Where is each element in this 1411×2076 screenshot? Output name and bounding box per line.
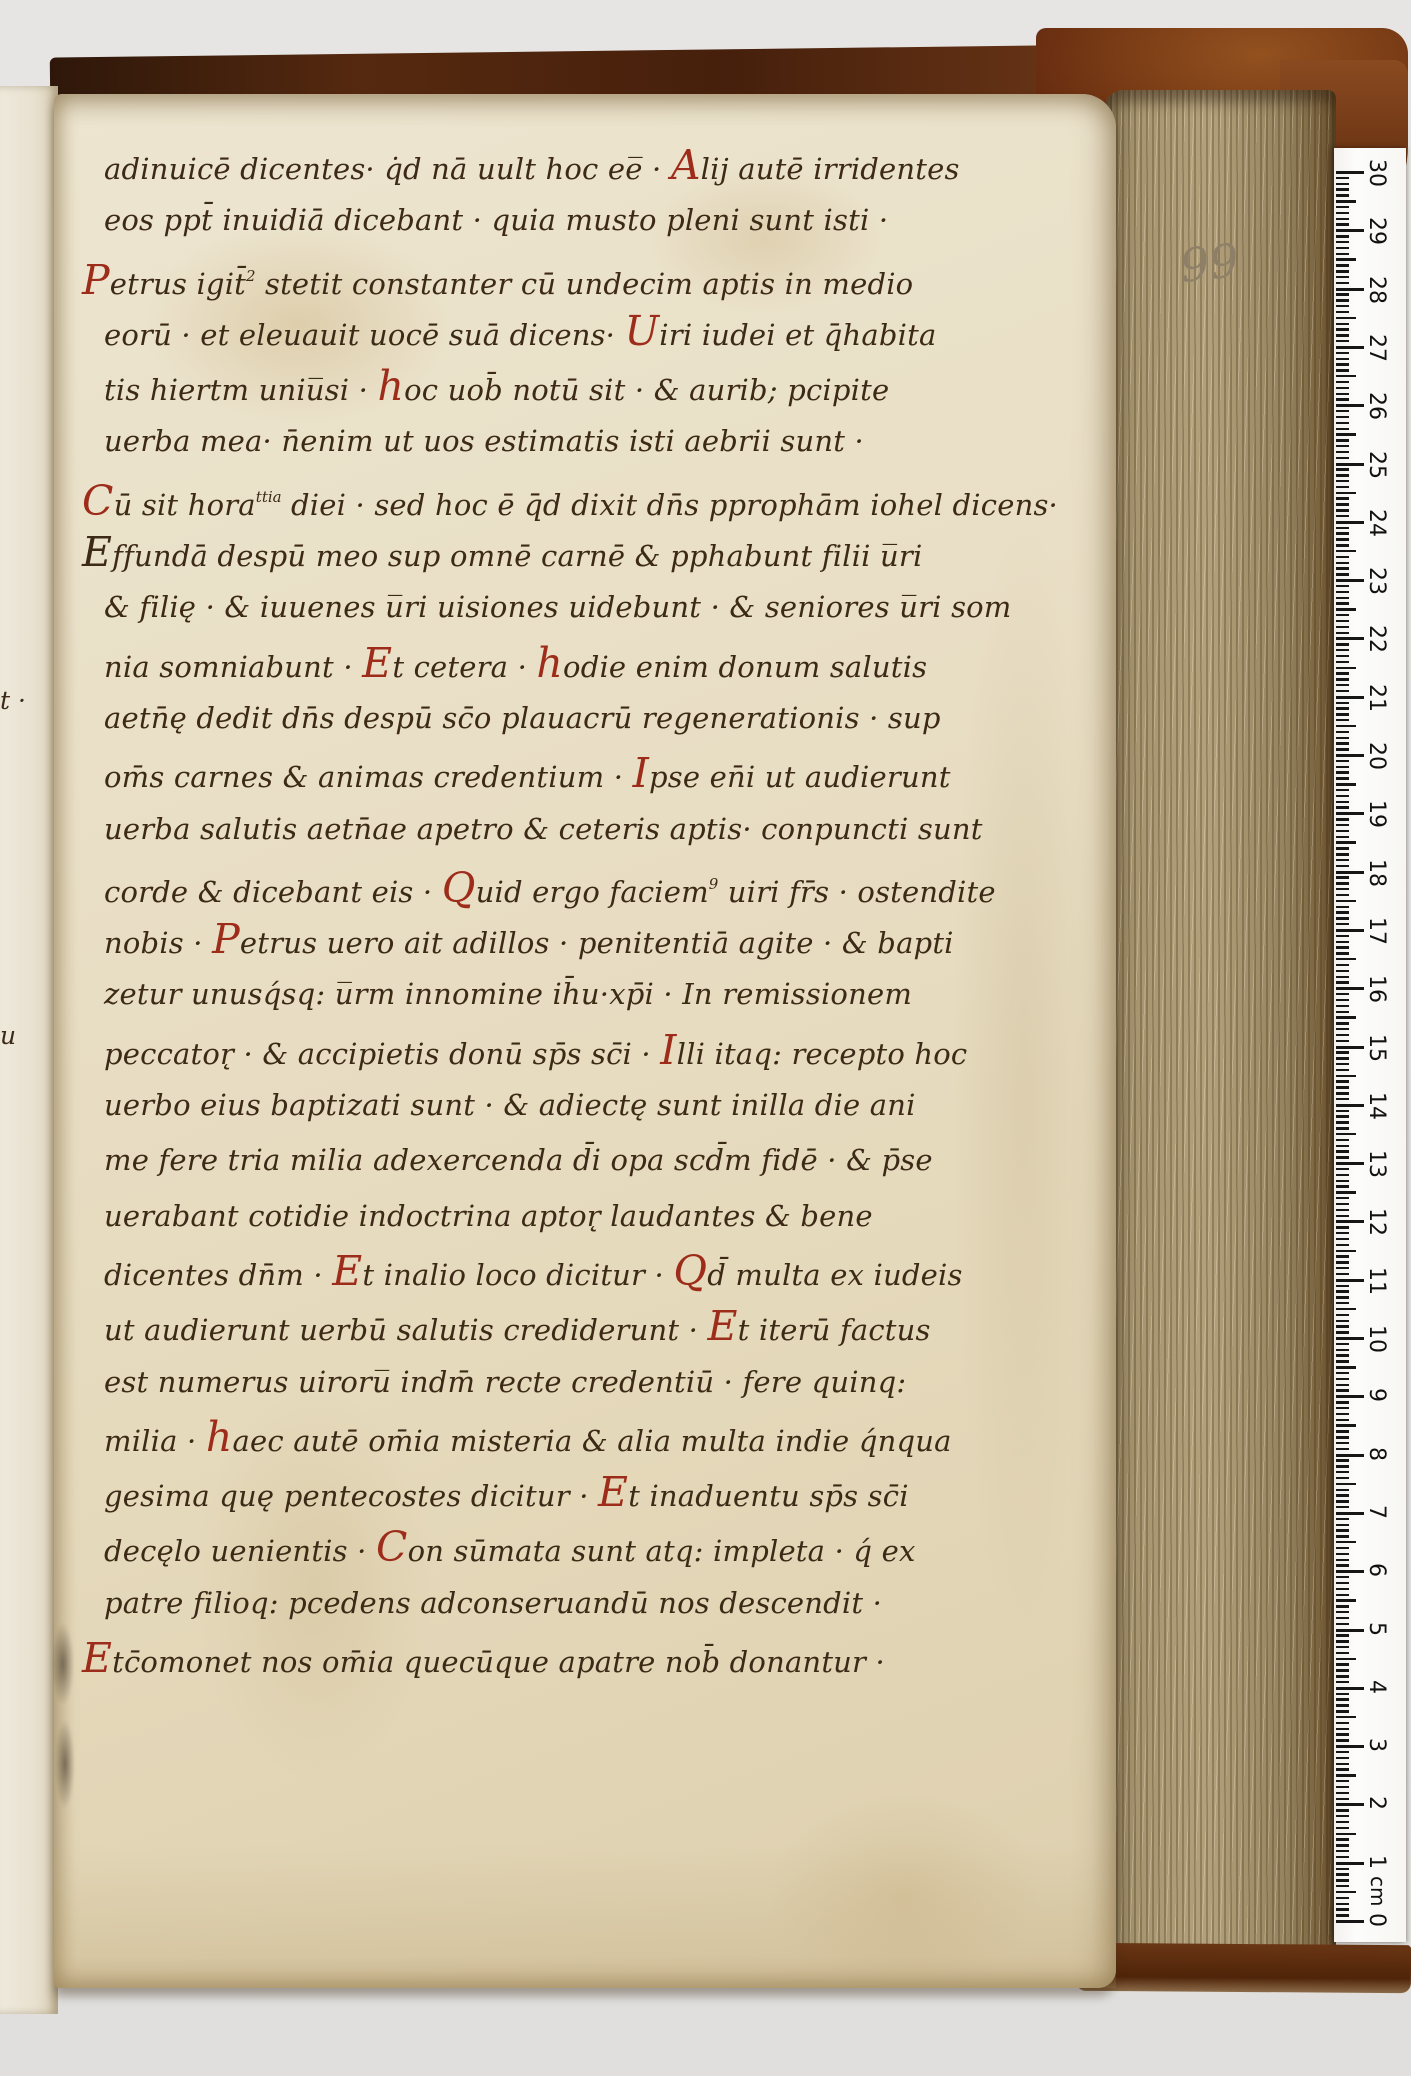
ruler-tick <box>1336 748 1349 750</box>
ruler-tick <box>1336 707 1349 709</box>
ruler-tick <box>1336 1862 1364 1865</box>
ruler-tick <box>1336 398 1349 400</box>
ruler-tick <box>1336 981 1349 983</box>
ruler-label: 15 <box>1364 1034 1388 1058</box>
ruler-tick <box>1336 1331 1349 1333</box>
ruler-tick <box>1336 1704 1349 1706</box>
ruler-tick <box>1336 1384 1349 1386</box>
ruler-label: 21 <box>1364 684 1388 708</box>
ruler-tick <box>1336 463 1364 466</box>
ruler-tick <box>1336 812 1364 815</box>
initial-letter: h <box>536 639 563 687</box>
text-segment: t inalio loco dicitur · <box>362 1258 673 1292</box>
initial-letter: E <box>332 1247 362 1295</box>
ruler-tick <box>1336 229 1364 232</box>
ruler-tick <box>1336 1185 1349 1187</box>
ruler-tick <box>1336 1261 1349 1263</box>
text-segment: lli itaq: recepto hoc <box>677 1037 968 1071</box>
ruler-tick <box>1336 1401 1349 1403</box>
ruler-tick <box>1336 1693 1349 1695</box>
ruler-tick <box>1336 1121 1349 1123</box>
text-line: aetn̄ę dedit dn̄s despū sc̄o plauacrū re… <box>104 691 894 746</box>
initial-letter: C <box>376 1523 408 1571</box>
ruler-tick <box>1336 900 1356 902</box>
ruler-tick <box>1336 538 1349 540</box>
ruler-tick <box>1336 742 1349 744</box>
ruler-tick <box>1336 911 1349 913</box>
ruler-tick <box>1336 177 1349 179</box>
ruler-tick <box>1336 422 1349 424</box>
text-segment: on sūmata sunt atq: impleta · q́ ex <box>408 1534 916 1568</box>
ruler-tick <box>1336 1086 1349 1088</box>
ruler-tick <box>1336 223 1349 225</box>
ruler-tick <box>1336 393 1349 395</box>
ruler-tick <box>1336 1634 1349 1636</box>
ruler-label: 12 <box>1364 1208 1388 1232</box>
ruler-tick <box>1336 1891 1356 1893</box>
ruler-tick <box>1336 608 1356 610</box>
ruler-tick <box>1336 183 1349 185</box>
parchment-stain <box>934 374 1114 1794</box>
initial-letter: E <box>707 1302 737 1350</box>
ruler-tick <box>1336 532 1349 534</box>
ruler-tick <box>1336 672 1349 674</box>
ruler-label: 8 <box>1364 1442 1388 1466</box>
ruler-tick <box>1336 987 1364 990</box>
ruler-tick <box>1336 702 1349 704</box>
text-segment: uerba mea· n̄enim ut uos estimatis isti … <box>104 424 864 458</box>
ruler-tick <box>1336 1220 1364 1223</box>
ruler-tick <box>1336 293 1349 295</box>
text-segment: eorū · et eleuauit uocē suā dicens· <box>104 318 625 352</box>
text-segment: eos ppt̄ inuidiā dicebant · quia musto p… <box>104 203 888 237</box>
ruler-tick <box>1336 737 1349 739</box>
text-line: est numerus uiroru̅ indm̄ recte credenti… <box>104 1355 894 1410</box>
ruler-label: 5 <box>1364 1617 1388 1641</box>
text-segment: aec autē om̄ia misteria & alia multa ind… <box>232 1424 951 1458</box>
ruler-tick <box>1336 1250 1356 1252</box>
ruler-tick <box>1336 445 1349 447</box>
ruler-tick <box>1336 585 1349 587</box>
ruler-label: 27 <box>1364 334 1388 358</box>
folio-number: 99 <box>1177 233 1241 293</box>
ruler-tick <box>1336 567 1349 569</box>
ruler-tick <box>1336 1191 1356 1193</box>
text-segment: etrus igit̄ <box>110 267 246 301</box>
ruler-tick <box>1336 369 1349 371</box>
ruler-tick <box>1336 1022 1349 1024</box>
ruler-tick <box>1336 1290 1349 1292</box>
ruler-tick <box>1336 888 1349 890</box>
ruler-tick <box>1336 258 1356 260</box>
initial-letter: I <box>633 749 649 797</box>
text-segment: corde & dicebant eis · <box>104 875 442 909</box>
ruler-tick <box>1336 766 1349 768</box>
parchment-page: 99 adinuicē dicentes· q̇d nā uult hoc ee… <box>54 94 1116 1988</box>
text-segment: odie enim donum salutis <box>563 650 927 684</box>
initial-letter: A <box>671 141 701 189</box>
ruler-tick <box>1336 1360 1349 1362</box>
ruler-label: 3 <box>1364 1733 1388 1757</box>
text-segment: gesima quę pentecostes dicitur · <box>104 1479 598 1513</box>
ruler-tick <box>1336 830 1349 832</box>
ruler-tick <box>1336 620 1349 622</box>
ruler-label: 22 <box>1364 625 1388 649</box>
ruler-tick <box>1336 1226 1349 1228</box>
ruler-tick <box>1336 1133 1356 1135</box>
text-segment: me fere tria milia adexercenda d̄i opa s… <box>104 1143 933 1177</box>
ruler-tick <box>1336 946 1349 948</box>
ruler-tick <box>1336 632 1349 634</box>
ruler-tick <box>1336 527 1349 529</box>
ruler-tick <box>1336 1098 1349 1100</box>
ruler-label: 28 <box>1364 276 1388 300</box>
ruler-tick <box>1336 311 1349 313</box>
ruler-tick <box>1336 1768 1349 1770</box>
ruler-tick <box>1336 1197 1349 1199</box>
ruler-tick <box>1336 1798 1349 1800</box>
ruler-tick <box>1336 439 1349 441</box>
ruler-label: 29 <box>1364 217 1388 241</box>
ruler-tick <box>1336 562 1349 564</box>
initial-letter: h <box>378 362 405 410</box>
text-line: & filię · & iuuenes u̅ri uisiones uidebu… <box>104 580 894 635</box>
ruler-label: 1 <box>1364 1850 1388 1874</box>
text-line: me fere tria milia adexercenda d̄i opa s… <box>104 1133 894 1188</box>
text-segment: uiri fr̄s · ostendite <box>718 875 995 909</box>
text-line: eorū · et eleuauit uocē suā dicens· Uiri… <box>104 304 894 359</box>
ruler-tick <box>1336 667 1356 669</box>
ruler-tick <box>1336 375 1356 377</box>
ruler-tick <box>1336 760 1349 762</box>
ruler-tick <box>1336 1203 1349 1205</box>
ruler-tick <box>1336 597 1349 599</box>
ruler-tick <box>1336 1145 1349 1147</box>
ruler-tick <box>1336 882 1349 884</box>
ruler-tick <box>1336 1809 1349 1811</box>
ruler-tick <box>1336 1413 1349 1415</box>
ruler: 0123456789101112131415161718192021222324… <box>1334 148 1406 1942</box>
ruler-tick <box>1336 841 1356 843</box>
ruler-tick <box>1336 1494 1349 1496</box>
manuscript-text: adinuicē dicentes· q̇d nā uult hoc ee̅ ·… <box>104 138 894 1686</box>
ruler-tick <box>1336 1255 1349 1257</box>
ruler-tick <box>1336 789 1349 791</box>
ruler-label: 11 <box>1364 1267 1388 1291</box>
ruler-tick <box>1336 684 1349 686</box>
ruler-tick <box>1336 1215 1349 1217</box>
ruler-tick <box>1336 771 1349 773</box>
ruler-tick <box>1336 725 1356 727</box>
ruler-tick <box>1336 1372 1349 1374</box>
text-segment: stetit constanter cū undecim aptis in me… <box>256 267 914 301</box>
ruler-tick <box>1336 1080 1349 1082</box>
ruler-tick <box>1336 1611 1349 1613</box>
ruler-tick <box>1336 999 1349 1001</box>
ruler-tick <box>1336 1424 1356 1426</box>
text-line: adinuicē dicentes· q̇d nā uult hoc ee̅ ·… <box>104 138 894 193</box>
ruler-tick <box>1336 1564 1349 1566</box>
ruler-tick <box>1336 299 1349 301</box>
ruler-tick <box>1336 1629 1364 1632</box>
ruler-tick <box>1336 1774 1356 1776</box>
initial-letter: P <box>212 915 240 963</box>
initial-letter: P <box>82 256 110 304</box>
text-segment: pse en̄i ut audierunt <box>649 760 951 794</box>
text-segment: d̄ multa ex iudeis <box>707 1258 962 1292</box>
ruler-tick <box>1336 1354 1349 1356</box>
ruler-tick <box>1336 1757 1349 1759</box>
ruler-tick <box>1336 1180 1349 1182</box>
text-line: Petrus igit̄2 stetit constanter cū undec… <box>82 249 894 304</box>
ruler-tick <box>1336 1763 1349 1765</box>
text-segment: est numerus uiroru̅ indm̄ recte credenti… <box>104 1365 906 1399</box>
ruler-tick <box>1336 1623 1349 1625</box>
ruler-tick <box>1336 976 1349 978</box>
ruler-label: 25 <box>1364 451 1388 475</box>
ruler-tick <box>1336 328 1349 330</box>
ruler-tick <box>1336 906 1349 908</box>
initial-letter: E <box>82 1634 112 1682</box>
text-line: gesima quę pentecostes dicitur · Et inad… <box>104 1465 894 1520</box>
ruler-tick <box>1336 1518 1349 1520</box>
ruler-tick <box>1336 1168 1349 1170</box>
ruler-tick <box>1336 1034 1349 1036</box>
ruler-tick <box>1336 602 1349 604</box>
ruler-tick <box>1336 777 1349 779</box>
text-line: uerabant cotidie indoctrina aptor̨ lauda… <box>104 1189 894 1244</box>
ruler-tick <box>1336 363 1349 365</box>
ruler-tick <box>1336 1547 1349 1549</box>
ruler-tick <box>1336 1273 1349 1275</box>
ruler-tick <box>1336 1063 1349 1065</box>
ruler-tick <box>1336 1879 1349 1881</box>
ruler-tick <box>1336 696 1364 699</box>
ruler-tick <box>1336 1454 1364 1457</box>
ruler-tick <box>1336 1483 1356 1485</box>
ruler-tick <box>1336 1302 1349 1304</box>
ruler-tick <box>1336 1127 1349 1129</box>
ruler-tick <box>1336 643 1349 645</box>
ruler-tick <box>1336 649 1349 651</box>
ruler-tick <box>1336 404 1364 407</box>
text-segment: ut audierunt uerbū salutis crediderunt · <box>104 1313 707 1347</box>
text-segment: t inaduentu sp̄s sc̄i <box>628 1479 909 1513</box>
superscript-abbreviation: 2 <box>246 267 256 285</box>
ruler-tick <box>1336 1174 1349 1176</box>
ruler-tick <box>1336 871 1364 874</box>
initial-letter: E <box>362 639 392 687</box>
ruler-tick <box>1336 573 1349 575</box>
ruler-tick <box>1336 1897 1349 1899</box>
ruler-tick <box>1336 241 1349 243</box>
text-line: decęlo uenientis · Con sūmata sunt atq: … <box>104 1520 894 1575</box>
text-segment: uerbo eius baptizati sunt · & adiectę su… <box>104 1088 916 1122</box>
ruler-label: 2 <box>1364 1791 1388 1815</box>
ruler-tick <box>1336 637 1364 640</box>
ruler-tick <box>1336 550 1356 552</box>
text-segment: lij autē irridentes <box>701 152 960 186</box>
ruler-tick <box>1336 993 1349 995</box>
ruler-tick <box>1336 1506 1349 1508</box>
ruler-tick <box>1336 1378 1349 1380</box>
text-segment: uid ergo faciem <box>476 875 709 909</box>
ruler-label: 9 <box>1364 1383 1388 1407</box>
ruler-tick <box>1336 1524 1349 1526</box>
ink-smudge <box>52 1704 78 1824</box>
text-line: nobis · Petrus uero ait adillos · penite… <box>104 912 894 967</box>
ruler-tick <box>1336 457 1349 459</box>
ruler-label: 23 <box>1364 567 1388 591</box>
ruler-tick <box>1336 952 1349 954</box>
ruler-label: 19 <box>1364 800 1388 824</box>
text-line: patre filioq: pcedens adconseruandū nos … <box>104 1576 894 1631</box>
ruler-tick <box>1336 288 1364 291</box>
ruler-tick <box>1336 1430 1349 1432</box>
ruler-tick <box>1336 212 1349 214</box>
ruler-tick <box>1336 859 1349 861</box>
ruler-tick <box>1336 544 1349 546</box>
ruler-tick <box>1336 1617 1349 1619</box>
ruler-tick <box>1336 497 1349 499</box>
facing-page-sliver: t ·u <box>0 86 58 2014</box>
ruler-tick <box>1336 486 1349 488</box>
ruler-tick <box>1336 1838 1349 1840</box>
ruler-tick <box>1336 340 1349 342</box>
ruler-tick <box>1336 929 1364 932</box>
text-segment: & filię · & iuuenes u̅ri uisiones uidebu… <box>104 590 1012 624</box>
text-line: uerba salutis aetn̄ae apetro & ceteris a… <box>104 802 894 857</box>
ruler-tick <box>1336 853 1349 855</box>
text-line: nia somniabunt · Et cetera · hodie enim … <box>104 636 894 691</box>
ruler-tick <box>1336 1314 1349 1316</box>
ruler-tick <box>1336 1308 1356 1310</box>
ruler-tick <box>1336 626 1349 628</box>
ruler-tick <box>1336 428 1349 430</box>
ruler-tick <box>1336 1733 1349 1735</box>
ruler-tick <box>1336 1104 1364 1107</box>
ruler-tick <box>1336 1780 1349 1782</box>
ruler-tick <box>1336 521 1364 524</box>
ruler-tick <box>1336 818 1349 820</box>
ruler-tick <box>1336 503 1349 505</box>
ruler-tick <box>1336 1395 1364 1398</box>
ruler-tick <box>1336 1465 1349 1467</box>
ruler-tick <box>1336 451 1349 453</box>
ruler-tick <box>1336 1436 1349 1438</box>
text-segment: ffundā despū meo sup omnē carnē & pphabu… <box>112 539 922 573</box>
ruler-tick <box>1336 1343 1349 1345</box>
ruler-tick <box>1336 492 1356 494</box>
ruler-tick <box>1336 1477 1349 1479</box>
manuscript-photo: { "photo": { "folio_number": "99", "marg… <box>0 0 1411 2076</box>
ruler-tick <box>1336 1827 1349 1829</box>
ruler-tick <box>1336 206 1349 208</box>
text-segment: peccator̨ · & accipietis donū sp̄s sc̄i … <box>104 1037 660 1071</box>
ruler-tick <box>1336 387 1349 389</box>
text-line: Cū sit horattia diei · sed hoc ē q̄d dix… <box>82 470 894 525</box>
ruler-tick <box>1336 1903 1349 1905</box>
ruler-tick <box>1336 1366 1356 1368</box>
text-line: uerba mea· n̄enim ut uos estimatis isti … <box>104 414 894 469</box>
text-segment: uerabant cotidie indoctrina aptor̨ lauda… <box>104 1199 873 1233</box>
ruler-tick <box>1336 1873 1349 1875</box>
ruler-tick <box>1336 1728 1349 1730</box>
ruler-tick <box>1336 795 1349 797</box>
ruler-label: 16 <box>1364 975 1388 999</box>
ruler-tick <box>1336 1821 1349 1823</box>
ruler-tick <box>1336 1115 1349 1117</box>
ruler-tick <box>1336 556 1349 558</box>
ruler-tick <box>1336 1209 1349 1211</box>
ruler-label: 14 <box>1364 1092 1388 1116</box>
ruler-tick <box>1336 731 1349 733</box>
initial-letter: E <box>598 1468 628 1516</box>
ruler-tick <box>1336 923 1349 925</box>
ruler-tick <box>1336 1786 1349 1788</box>
ruler-tick <box>1336 171 1364 174</box>
ruler-tick <box>1336 1640 1349 1642</box>
ruler-tick <box>1336 1407 1349 1409</box>
ruler-tick <box>1336 847 1349 849</box>
ruler-tick <box>1336 305 1349 307</box>
ruler-tick <box>1336 381 1349 383</box>
text-segment: om̄s carnes & animas credentium · <box>104 760 633 794</box>
ruler-tick <box>1336 1914 1349 1916</box>
ruler-tick <box>1336 1687 1364 1690</box>
ruler-tick <box>1336 894 1349 896</box>
ruler-label: 7 <box>1364 1500 1388 1524</box>
ruler-tick <box>1336 1448 1349 1450</box>
ruler-label: 30 <box>1364 159 1388 183</box>
ruler-tick <box>1336 346 1364 349</box>
text-line: milia · haec autē om̄ia misteria & alia … <box>104 1410 894 1465</box>
ruler-tick <box>1336 579 1364 582</box>
ruler-tick <box>1336 1739 1349 1741</box>
ruler-tick <box>1336 941 1349 943</box>
text-segment: iri iudei et q̄habita <box>659 318 936 352</box>
initial-letter: h <box>206 1413 233 1461</box>
text-segment: aetn̄ę dedit dn̄s despū sc̄o plauacrū re… <box>104 701 941 735</box>
ruler-tick <box>1336 1553 1349 1555</box>
ruler-tick <box>1336 276 1349 278</box>
ruler-tick <box>1336 1005 1349 1007</box>
ruler-tick <box>1336 783 1356 785</box>
ruler-tick <box>1336 1156 1349 1158</box>
ruler-tick <box>1336 970 1349 972</box>
ruler-tick <box>1336 614 1349 616</box>
ruler-tick <box>1336 1028 1349 1030</box>
ruler-tick <box>1336 1279 1364 1282</box>
ruler-tick <box>1336 1011 1349 1013</box>
ruler-tick <box>1336 917 1349 919</box>
ruler-tick <box>1336 1908 1349 1910</box>
ruler-label: 17 <box>1364 917 1388 941</box>
page-stack-fore-edge <box>1104 90 1336 1966</box>
text-line: tis hiertm uniu̅si · hoc uob̄ notū sit ·… <box>104 359 894 414</box>
ruler-tick <box>1336 713 1349 715</box>
text-segment: adinuicē dicentes· q̇d nā uult hoc ee̅ · <box>104 152 671 186</box>
ruler-tick <box>1336 1529 1349 1531</box>
text-line: Etc̄omonet nos om̄ia quecūque apatre nob… <box>82 1631 894 1686</box>
ruler-tick <box>1336 1658 1356 1660</box>
ruler-tick <box>1336 410 1349 412</box>
ruler-tick <box>1336 1588 1349 1590</box>
ruler-tick <box>1336 200 1356 202</box>
ruler-tick <box>1336 1442 1349 1444</box>
ruler-tick <box>1336 1652 1349 1654</box>
ruler-tick <box>1336 474 1349 476</box>
